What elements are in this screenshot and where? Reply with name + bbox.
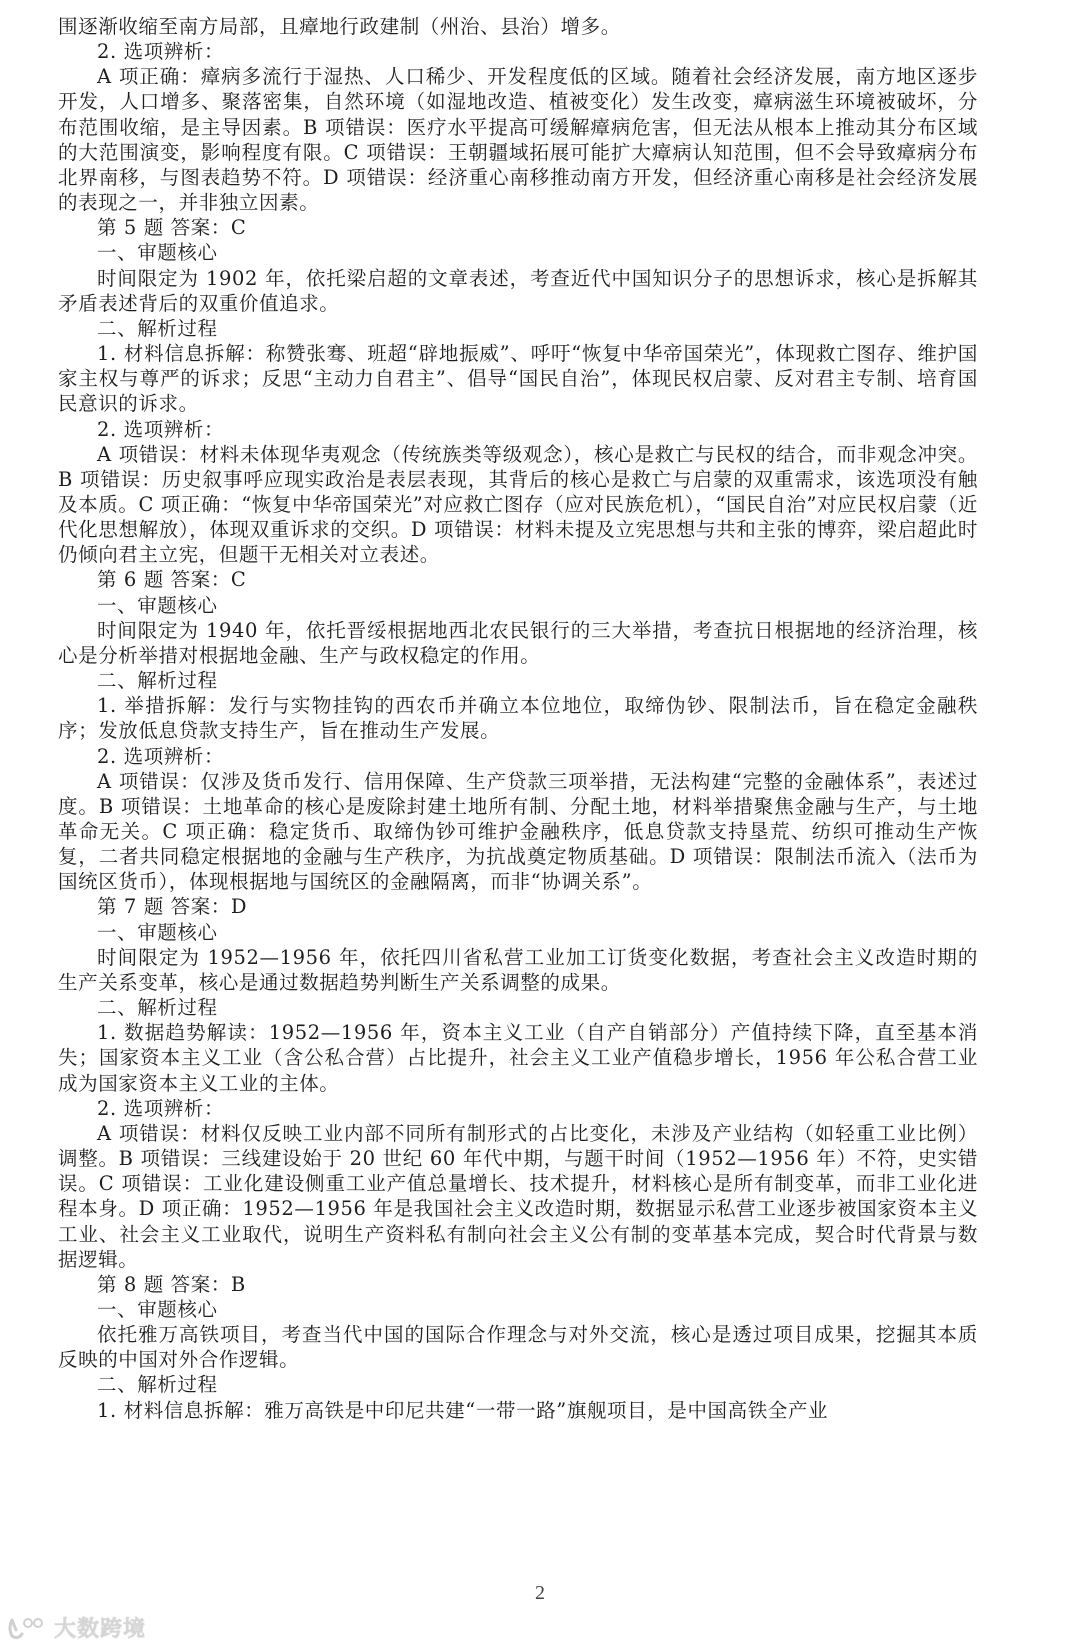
question-answer-heading: 第 8 题 答案：B	[58, 1272, 978, 1297]
paragraph: 时间限定为 1940 年，依托晋绥根据地西北农民银行的三大举措，考查抗日根据地的…	[58, 618, 978, 668]
brand-logo-icon	[6, 1616, 50, 1640]
watermark-text: 大数跨境	[54, 1612, 146, 1643]
section-heading: 一、审题核心	[58, 240, 978, 265]
question-answer-heading: 第 7 题 答案：D	[58, 894, 978, 919]
paragraph: A 项错误：材料未体现华夷观念（传统族类等级观念），核心是救亡与民权的结合，而非…	[58, 442, 978, 568]
question-answer-heading: 第 5 题 答案：C	[58, 215, 978, 240]
paragraph: 1. 数据趋势解读：1952—1956 年，资本主义工业（自产自销部分）产值持续…	[58, 1020, 978, 1095]
section-subheading: 2. 选项辨析：	[58, 39, 978, 64]
section-subheading: 2. 选项辨析：	[58, 744, 978, 769]
section-heading: 二、解析过程	[58, 1372, 978, 1397]
section-subheading: 2. 选项辨析：	[58, 1096, 978, 1121]
watermark: 大数跨境	[6, 1612, 146, 1643]
paragraph: A 项错误：材料仅反映工业内部不同所有制形式的占比变化，未涉及产业结构（如轻重工…	[58, 1121, 978, 1272]
paragraph: 1. 材料信息拆解：雅万高铁是中印尼共建“一带一路”旗舰项目，是中国高铁全产业	[58, 1398, 978, 1423]
paragraph: 依托雅万高铁项目，考查当代中国的国际合作理念与对外交流，核心是透过项目成果，挖掘…	[58, 1322, 978, 1372]
section-heading: 二、解析过程	[58, 668, 978, 693]
document-body: 围逐渐收缩至南方局部，且瘴地行政建制（州治、县治）增多。 2. 选项辨析： A …	[58, 14, 978, 1423]
paragraph: 1. 举措拆解：发行与实物挂钩的西农币并确立本位地位，取缔伪钞、限制法币，旨在稳…	[58, 693, 978, 743]
section-subheading: 2. 选项辨析：	[58, 417, 978, 442]
paragraph: 1. 材料信息拆解：称赞张骞、班超“辟地振威”、呼吁“恢复中华帝国荣光”，体现救…	[58, 341, 978, 416]
section-heading: 二、解析过程	[58, 316, 978, 341]
paragraph: 围逐渐收缩至南方局部，且瘴地行政建制（州治、县治）增多。	[58, 14, 978, 39]
section-heading: 二、解析过程	[58, 995, 978, 1020]
section-heading: 一、审题核心	[58, 1297, 978, 1322]
page-number: 2	[0, 1582, 1080, 1605]
paragraph: A 项错误：仅涉及货币发行、信用保障、生产贷款三项举措，无法构建“完整的金融体系…	[58, 769, 978, 895]
paragraph: A 项正确：瘴病多流行于湿热、人口稀少、开发程度低的区域。随着社会经济发展，南方…	[58, 64, 978, 215]
section-heading: 一、审题核心	[58, 920, 978, 945]
question-answer-heading: 第 6 题 答案：C	[58, 567, 978, 592]
paragraph: 时间限定为 1952—1956 年，依托四川省私营工业加工订货变化数据，考查社会…	[58, 945, 978, 995]
paragraph: 时间限定为 1902 年，依托梁启超的文章表述，考查近代中国知识分子的思想诉求，…	[58, 266, 978, 316]
section-heading: 一、审题核心	[58, 593, 978, 618]
